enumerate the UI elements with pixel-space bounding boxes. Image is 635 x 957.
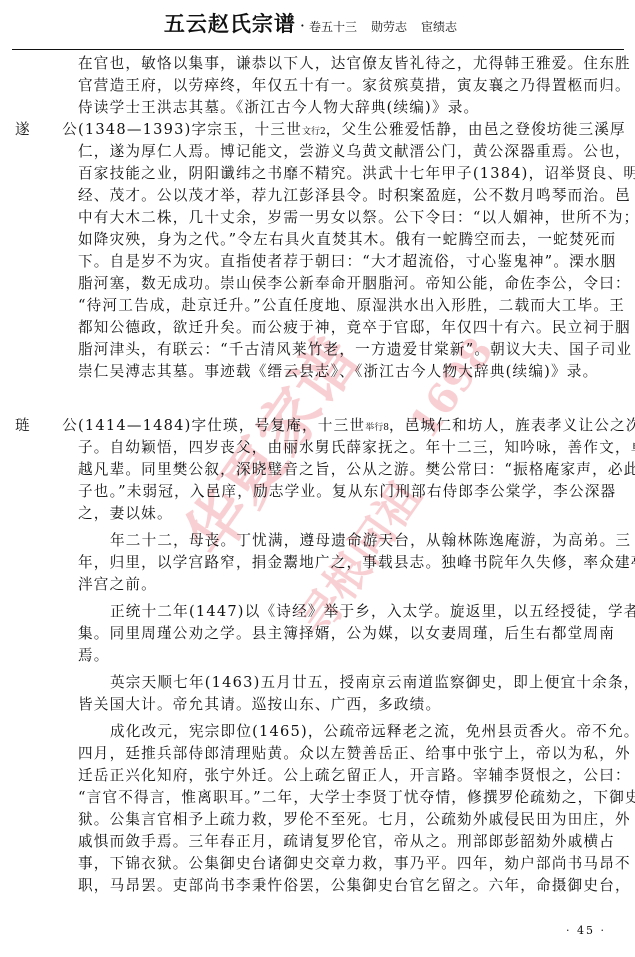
- text-line: 迁岳正兴化知府，张宁外迁。公上疏乞留正人，开言路。宰辅李贤恨之，公曰：: [78, 765, 612, 787]
- text-line: “言官不得言，惟离职耳。”二年，大学士李贤丁忧夺情，修撰罗伦疏劾之，下御史: [78, 787, 612, 809]
- text-line: 泮宫之前。: [78, 574, 612, 596]
- page-header: 五云赵氏宗谱·卷五十三勋劳志宦绩志: [0, 8, 635, 38]
- text-segment: ，父生公雅爱恬静，由邑之登俊坊徙三溪厚: [326, 121, 626, 138]
- text-line: 仁，遂为厚仁人焉。博记能文，尝游义乌黄文献溍公门，黄公深器重焉。公也，: [78, 141, 612, 163]
- text-line: 脂河津头，有联云：“千古清风莱竹老，一方遗爱甘棠新”。朝议大夫、国子司业: [78, 339, 612, 361]
- text-line: 在官也，敏恪以集事，谦恭以下人，达官僚友皆礼待之，尤得韩王雅爱。住东胜: [78, 53, 612, 75]
- text-line: 年二十二，母丧。丁忧满，遵母遗命游天台，从翰林陈逸庵游，为高弟。三: [110, 530, 612, 552]
- section-label-2: 宦绩志: [421, 20, 457, 34]
- text-line: 百家技能之业，阴阳谶纬之书靡不精究。洪武十七年甲子(1384)，诏举贤良、明: [78, 163, 612, 185]
- generation-annotation: 文行2: [302, 127, 326, 137]
- text-line: (1414—1484)字仕瑛，号复庵，十三世举行8，邑城仁和坊人，旌表孝义让公之…: [78, 415, 612, 437]
- header-divider: [12, 49, 624, 50]
- section-label-1: 勋劳志: [371, 20, 407, 34]
- text-line: 焉。: [78, 645, 612, 667]
- text-line: 都知公德政，欲迁升矣。而公疲于神，竟卒于官邸，年仅四十有六。民立祠于胭: [78, 317, 612, 339]
- book-title: 五云赵氏宗谱: [164, 11, 296, 36]
- text-line: 经、茂才。公以茂才举，荐九江彭泽县令。时积案盈庭，公不数月鸣琴而治。邑: [78, 185, 612, 207]
- text-line: 之，妻以妹。: [78, 503, 612, 525]
- text-line: 英宗天顺七年(1463)五月廿五，授南京云南道监察御史，即上便宜十余条，: [110, 672, 612, 694]
- text-line: 下。自是岁不为灾。直指使者荐于朝曰：“大才超流俗，寸心鉴鬼神”。溧水胭: [78, 251, 612, 273]
- text-line: 中有大木二株，几十丈余，岁需一男女以祭。公下令曰：“以人媚神，世所不为；: [78, 207, 612, 229]
- text-line: 越凡辈。同里樊公叙，深晓璧音之旨，公从之游。樊公常曰：“振格庵家声，必此: [78, 459, 612, 481]
- text-line: 侍读学士王洪志其墓。《浙江古今人物大辞典(续编)》录。: [78, 97, 612, 119]
- text-line: 皆关国大计。帝允其请。巡按山东、广西，多政绩。: [78, 694, 612, 716]
- page-number: · 45 ·: [566, 924, 606, 937]
- volume-label: 卷五十三: [309, 20, 357, 34]
- text-segment: ，邑城仁和坊人，旌表孝义让公之次: [389, 417, 635, 434]
- text-line: 集。同里周瑾公劝之学。县主簿择婿，公为媒，以女妻周瑾，后生右都堂周南: [78, 623, 612, 645]
- text-line: 脂河塞，数无成功。崇山侯李公新奉命开胭脂河。帝知公能，命佐李公，令曰：: [78, 273, 612, 295]
- text-segment: (1414—1484)字仕瑛，号复庵，十三世: [78, 417, 365, 434]
- text-line: 成化改元，宪宗即位(1465)，公疏帝远释老之流，免州县贡香火。帝不允。: [110, 721, 612, 743]
- text-line: 事，下锦衣狱。公集御史台诸御史交章力救，事乃平。四年，劾户部尚书马昂不: [78, 853, 612, 875]
- text-line: 如降灾殃，身为之代。”令左右具火直焚其木。俄有一蛇腾空而去，一蛇焚死而: [78, 229, 612, 251]
- text-line: 年，归里，以学宫路窄，捐金鬻地广之，事载县志。独峰书院年久失修，率众建亭: [78, 552, 612, 574]
- text-line: 官营造王府，以劳瘁终，年仅五十有一。家贫殡莫措，寅友襄之乃得置柩而归。: [78, 75, 612, 97]
- text-line: 职，马昂罢。吏部尚书李秉忤俗罢，公集御史台官乞留之。六年，命摄御史台，: [78, 875, 612, 897]
- text-line: (1348—1393)字宗玉，十三世文行2，父生公雅爱恬静，由邑之登俊坊徙三溪厚: [78, 119, 612, 141]
- generation-annotation: 举行8: [365, 423, 389, 433]
- text-line: 四月，廷推兵部侍郎清理贴黄。众以左赞善岳正、给事中张宁上，帝以为私，外: [78, 743, 612, 765]
- text-line: 正统十二年(1447)以《诗经》举于乡，入太学。旋返里，以五经授徒，学者云: [110, 601, 612, 623]
- title-separator: ·: [300, 16, 305, 35]
- text-line: “待河工告成，赴京迁升。”公直任度地、原湿洪水出入形胜，二载而大工毕。王: [78, 295, 612, 317]
- text-line: 狱。公集言官相予上疏力救，罗伦不至死。七月，公疏劾外戚侵民田为田庄，外: [78, 809, 612, 831]
- section-info: 卷五十三勋劳志宦绩志: [309, 20, 471, 34]
- text-line: 戚惧而敛手焉。三年春正月，疏请复罗伦官，帝从之。刑部郎彭韶劾外戚横占: [78, 831, 612, 853]
- text-segment: (1348—1393)字宗玉，十三世: [78, 121, 302, 138]
- text-line: 子。自幼颖悟，四岁丧父，由丽水舅氏薛家抚之。年十二三，知吟咏，善作文，卓: [78, 437, 612, 459]
- text-line: 子也。”未弱冠，入邑庠，励志学业。复从东门刑部右侍郎李公棠学，李公深器: [78, 481, 612, 503]
- text-line: 崇仁吴溥志其墓。事迹载《缙云县志》、《浙江古今人物大辞典(续编)》录。: [78, 361, 612, 383]
